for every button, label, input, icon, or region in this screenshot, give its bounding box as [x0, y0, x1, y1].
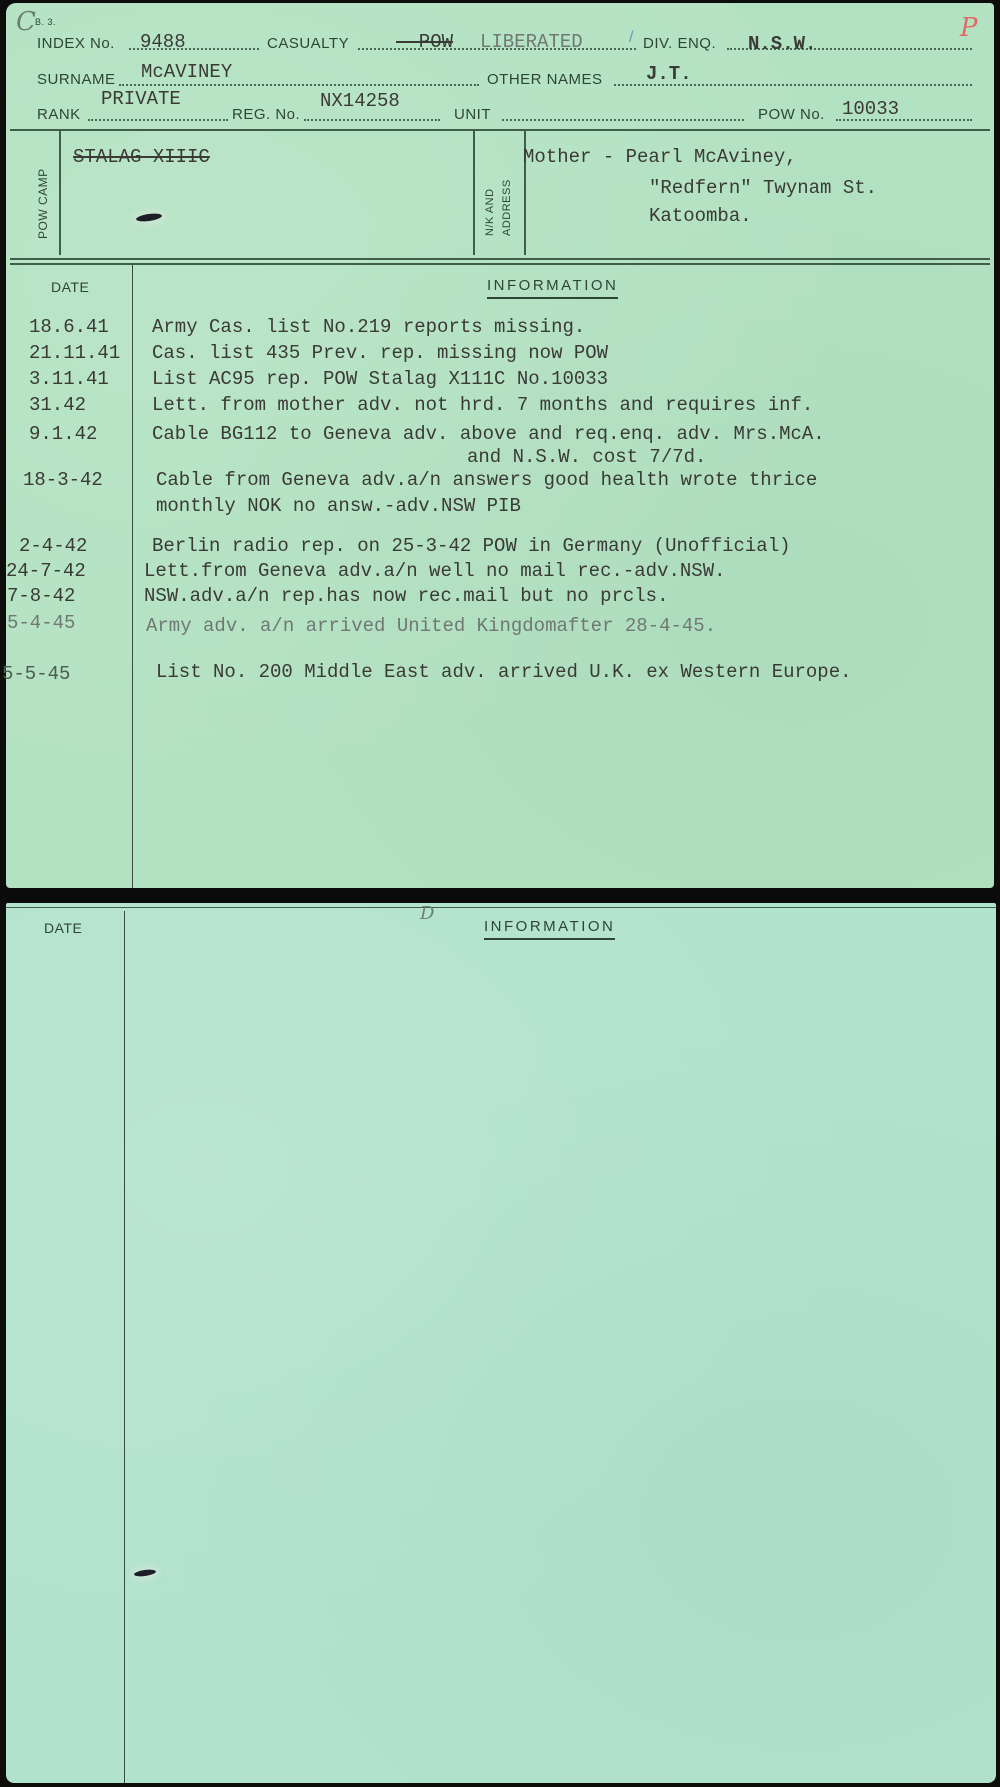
- reg-no-value: NX14258: [320, 90, 400, 112]
- information-column-header: INFORMATION: [484, 918, 615, 940]
- other-names-value: J.T.: [646, 63, 692, 85]
- entry-date: 21.11.41: [29, 342, 120, 364]
- punch-hole: [134, 1568, 157, 1577]
- casualty-label: CASUALTY: [267, 35, 349, 52]
- index-no-label: INDEX No.: [37, 35, 115, 52]
- date-column-header: DATE: [44, 920, 82, 936]
- other-names-label: OTHER NAMES: [487, 71, 603, 88]
- nk-address-line-1: Mother - Pearl McAviney,: [523, 146, 797, 168]
- entry-date: 2-4-42: [19, 535, 87, 557]
- entry-text: Lett. from mother adv. not hrd. 7 months…: [152, 394, 813, 416]
- rank-label: RANK: [37, 106, 81, 123]
- pencil-mark: D: [420, 903, 434, 924]
- card-separator: [0, 888, 1000, 904]
- entry-date: 18-3-42: [23, 469, 103, 491]
- reg-no-label: REG. No.: [232, 106, 300, 123]
- pow-camp-struck-value: STALAG XIIIC: [73, 146, 210, 168]
- entry-text: Lett.from Geneva adv.a/n well no mail re…: [144, 560, 726, 582]
- pow-no-label: POW No.: [758, 106, 825, 123]
- entry-date: 7-8-42: [7, 585, 75, 607]
- div-enq-value: N.S.W.: [748, 33, 816, 55]
- entry-text: Berlin radio rep. on 25-3-42 POW in Germ…: [152, 535, 791, 557]
- casualty-struck-value: - POW: [396, 31, 453, 53]
- entry-date: 5-4-45: [7, 612, 75, 634]
- date-column-header: DATE: [51, 279, 89, 295]
- entry-date: 5-5-45: [2, 663, 70, 685]
- nk-address-line-3: Katoomba.: [649, 205, 752, 227]
- entry-text: Cas. list 435 Prev. rep. missing now POW: [152, 342, 608, 364]
- red-corner-mark: P: [960, 13, 978, 43]
- unit-label: UNIT: [454, 106, 491, 123]
- punch-hole: [136, 212, 163, 223]
- index-no-value: 9488: [140, 31, 186, 53]
- nk-address-line-2: "Redfern" Twynam St.: [649, 177, 877, 199]
- information-column-header: INFORMATION: [487, 277, 618, 299]
- entry-text-continued: and N.S.W. cost 7/7d.: [467, 446, 706, 468]
- entry-text: Cable BG112 to Geneva adv. above and req…: [152, 423, 825, 445]
- entry-date: 18.6.41: [29, 316, 109, 338]
- pow-camp-label: POW CAMP: [36, 168, 50, 239]
- entry-text: Army Cas. list No.219 reports missing.: [152, 316, 585, 338]
- handwritten-corner-mark: C: [16, 7, 36, 37]
- entry-text-continued: monthly NOK no answ.-adv.NSW PIB: [156, 495, 521, 517]
- entry-text: Army adv. a/n arrived United Kingdomafte…: [146, 615, 716, 637]
- entry-text: NSW.adv.a/n rep.has now rec.mail but no …: [144, 585, 669, 607]
- nk-label-line2: ADDRESS: [501, 179, 513, 236]
- entry-date: 24-7-42: [6, 560, 86, 582]
- rank-value: PRIVATE: [101, 88, 181, 110]
- entry-date: 9.1.42: [29, 423, 97, 445]
- entry-date: 3.11.41: [29, 368, 109, 390]
- surname-value: McAVINEY: [141, 61, 232, 83]
- nk-label-line1: N/K AND: [484, 188, 496, 236]
- index-card-front: C B. 3. P INDEX No. 9488 CASUALTY - POW …: [6, 3, 994, 888]
- surname-label: SURNAME: [37, 71, 116, 88]
- index-card-back: D DATE INFORMATION: [6, 903, 996, 1783]
- entry-text: List No. 200 Middle East adv. arrived U.…: [156, 661, 852, 683]
- div-enq-label: DIV. ENQ.: [643, 35, 716, 52]
- pow-no-value: 10033: [842, 98, 899, 120]
- entry-date: 31.42: [29, 394, 86, 416]
- entry-text: List AC95 rep. POW Stalag X111C No.10033: [152, 368, 608, 390]
- blue-tick-mark: /: [629, 29, 633, 47]
- form-code: B. 3.: [35, 17, 56, 27]
- entry-text: Cable from Geneva adv.a/n answers good h…: [156, 469, 817, 491]
- casualty-value: LIBERATED: [480, 31, 583, 53]
